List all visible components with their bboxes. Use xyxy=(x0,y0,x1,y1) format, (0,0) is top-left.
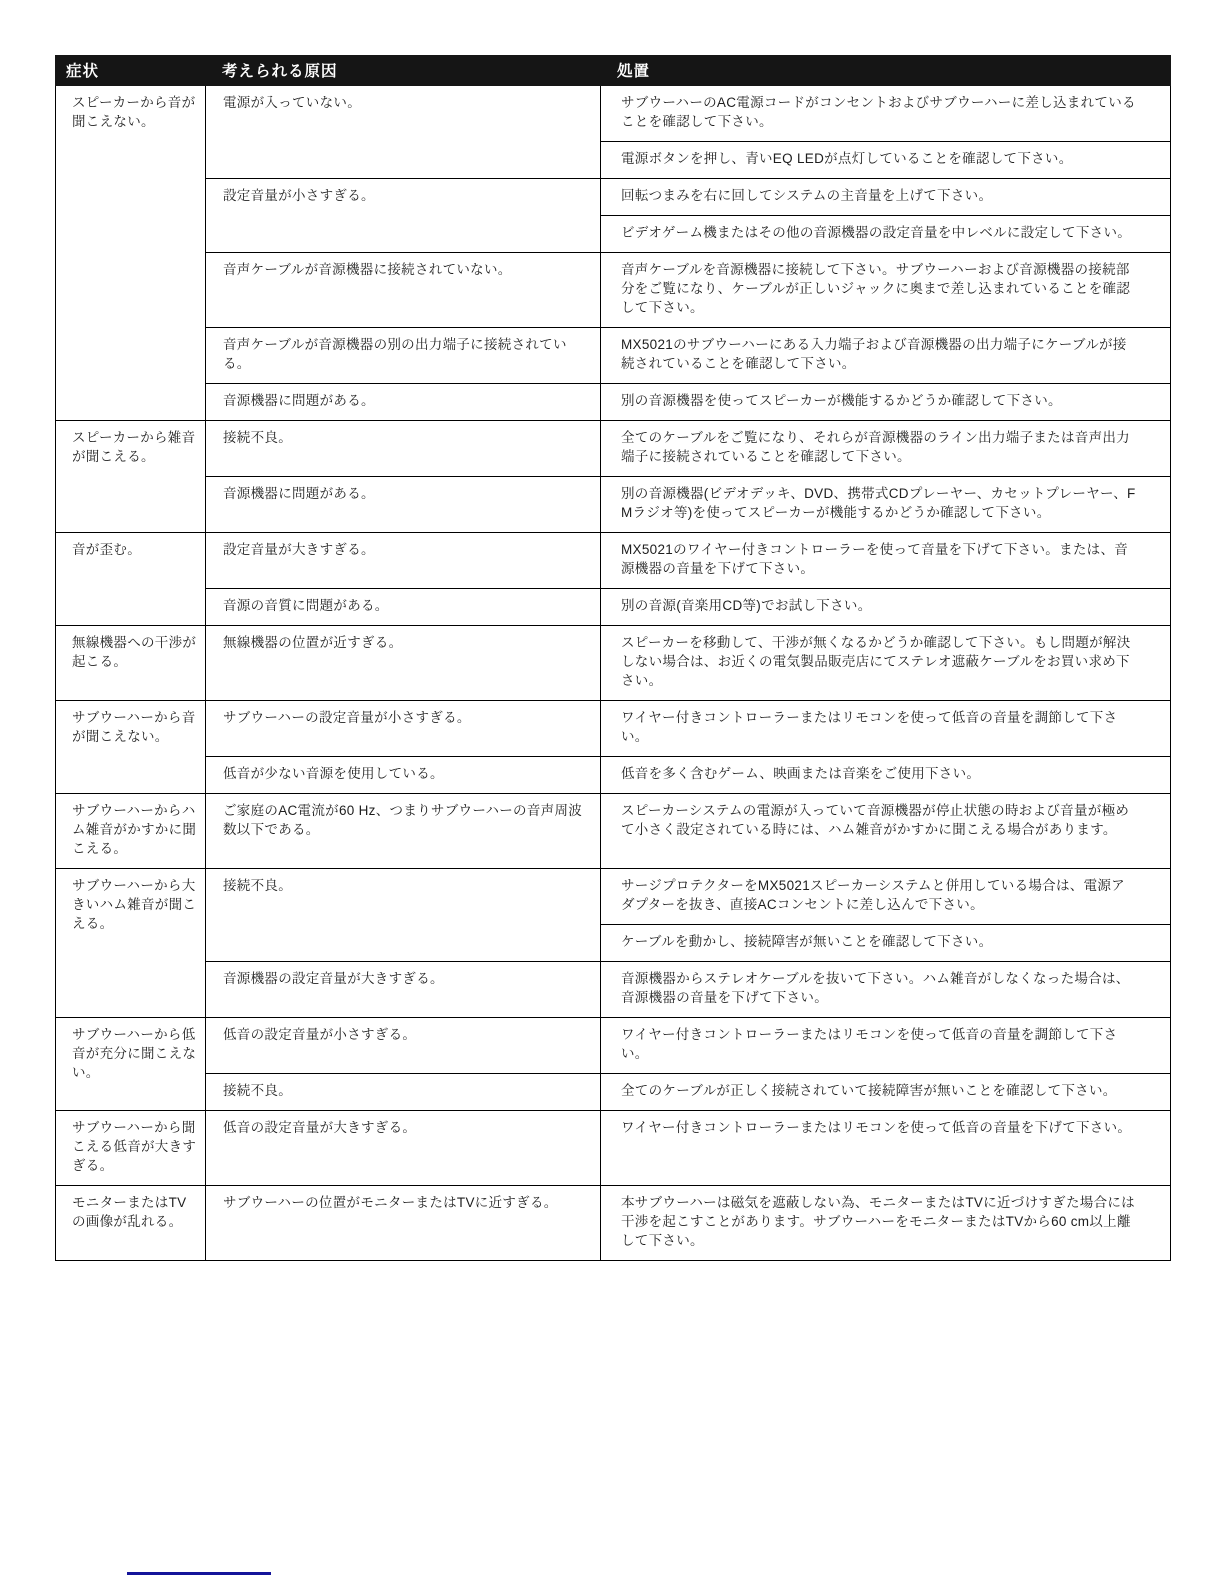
remedy-cell: 電源ボタンを押し、青いEQ LEDが点灯していることを確認して下さい。 xyxy=(601,142,1171,179)
symptom-cell: スピーカーから音が聞こえない。 xyxy=(56,86,206,421)
remedy-cell: 全てのケーブルが正しく接続されていて接続障害が無いことを確認して下さい。 xyxy=(601,1074,1171,1111)
cause-cell: 音声ケーブルが音源機器に接続されていない。 xyxy=(206,253,601,328)
manual-page: 症状 考えられる原因 処置 スピーカーから音が聞こえない。電源が入っていない。サ… xyxy=(0,0,1224,1584)
cause-cell: 低音の設定音量が小さすぎる。 xyxy=(206,1018,601,1074)
cause-cell: 接続不良。 xyxy=(206,869,601,962)
symptom-cell: サブウーハーからハム雑音がかすかに聞こえる。 xyxy=(56,794,206,869)
column-header-cause: 考えられる原因 xyxy=(206,56,601,86)
cause-cell: 無線機器の位置が近すぎる。 xyxy=(206,626,601,701)
remedy-cell: ケーブルを動かし、接続障害が無いことを確認して下さい。 xyxy=(601,925,1171,962)
cause-cell: 接続不良。 xyxy=(206,1074,601,1111)
cause-cell: 音源の音質に問題がある。 xyxy=(206,589,601,626)
table-row: モニターまたはTVの画像が乱れる。サブウーハーの位置がモニターまたはTVに近すぎ… xyxy=(56,1186,1171,1261)
table-row: 接続不良。全てのケーブルが正しく接続されていて接続障害が無いことを確認して下さい… xyxy=(56,1074,1171,1111)
table-row: 音源機器に問題がある。別の音源機器(ビデオデッキ、DVD、携帯式CDプレーヤー、… xyxy=(56,477,1171,533)
table-body: スピーカーから音が聞こえない。電源が入っていない。サブウーハーのAC電源コードが… xyxy=(56,86,1171,1261)
table-row: サブウーハーから聞こえる低音が大きすぎる。低音の設定音量が大きすぎる。ワイヤー付… xyxy=(56,1111,1171,1186)
table-row: 音声ケーブルが音源機器の別の出力端子に接続されている。MX5021のサブウーハー… xyxy=(56,328,1171,384)
table-row: 低音が少ない音源を使用している。低音を多く含むゲーム、映画または音楽をご使用下さ… xyxy=(56,757,1171,794)
remedy-cell: 全てのケーブルをご覧になり、それらが音源機器のライン出力端子または音声出力端子に… xyxy=(601,421,1171,477)
table-row: 音源機器の設定音量が大きすぎる。音源機器からステレオケーブルを抜いて下さい。ハム… xyxy=(56,962,1171,1018)
cause-cell: 低音の設定音量が大きすぎる。 xyxy=(206,1111,601,1186)
remedy-cell: スピーカーシステムの電源が入っていて音源機器が停止状態の時および音量が極めて小さ… xyxy=(601,794,1171,869)
remedy-cell: 別の音源機器(ビデオデッキ、DVD、携帯式CDプレーヤー、カセットプレーヤー、F… xyxy=(601,477,1171,533)
symptom-cell: 音が歪む。 xyxy=(56,533,206,626)
table-row: スピーカーから雑音が聞こえる。接続不良。全てのケーブルをご覧になり、それらが音源… xyxy=(56,421,1171,477)
troubleshooting-table: 症状 考えられる原因 処置 スピーカーから音が聞こえない。電源が入っていない。サ… xyxy=(55,55,1171,1261)
symptom-cell: スピーカーから雑音が聞こえる。 xyxy=(56,421,206,533)
remedy-cell: ワイヤー付きコントローラーまたはリモコンを使って低音の音量を調節して下さい。 xyxy=(601,701,1171,757)
symptom-cell: サブウーハーから大きいハム雑音が聞こえる。 xyxy=(56,869,206,1018)
remedy-cell: MX5021のサブウーハーにある入力端子および音源機器の出力端子にケーブルが接続… xyxy=(601,328,1171,384)
table-row: サブウーハーから大きいハム雑音が聞こえる。接続不良。サージプロテクターをMX50… xyxy=(56,869,1171,925)
remedy-cell: ワイヤー付きコントローラーまたはリモコンを使って低音の音量を下げて下さい。 xyxy=(601,1111,1171,1186)
remedy-cell: サージプロテクターをMX5021スピーカーシステムと併用している場合は、電源アダ… xyxy=(601,869,1171,925)
table-row: 音源機器に問題がある。別の音源機器を使ってスピーカーが機能するかどうか確認して下… xyxy=(56,384,1171,421)
remedy-cell: 別の音源機器を使ってスピーカーが機能するかどうか確認して下さい。 xyxy=(601,384,1171,421)
table-row: サブウーハーから低音が充分に聞こえない。低音の設定音量が小さすぎる。ワイヤー付き… xyxy=(56,1018,1171,1074)
footer-rule xyxy=(127,1572,271,1575)
cause-cell: 音声ケーブルが音源機器の別の出力端子に接続されている。 xyxy=(206,328,601,384)
symptom-cell: サブウーハーから音が聞こえない。 xyxy=(56,701,206,794)
table-header-row: 症状 考えられる原因 処置 xyxy=(56,56,1171,86)
table-row: サブウーハーから音が聞こえない。サブウーハーの設定音量が小さすぎる。ワイヤー付き… xyxy=(56,701,1171,757)
remedy-cell: 本サブウーハーは磁気を遮蔽しない為、モニターまたはTVに近づけすぎた場合には干渉… xyxy=(601,1186,1171,1261)
cause-cell: 設定音量が大きすぎる。 xyxy=(206,533,601,589)
table-row: 無線機器への干渉が起こる。無線機器の位置が近すぎる。スピーカーを移動して、干渉が… xyxy=(56,626,1171,701)
remedy-cell: 別の音源(音楽用CD等)でお試し下さい。 xyxy=(601,589,1171,626)
cause-cell: 電源が入っていない。 xyxy=(206,86,601,179)
remedy-cell: サブウーハーのAC電源コードがコンセントおよびサブウーハーに差し込まれていること… xyxy=(601,86,1171,142)
remedy-cell: 回転つまみを右に回してシステムの主音量を上げて下さい。 xyxy=(601,179,1171,216)
cause-cell: サブウーハーの位置がモニターまたはTVに近すぎる。 xyxy=(206,1186,601,1261)
cause-cell: 設定音量が小さすぎる。 xyxy=(206,179,601,253)
cause-cell: ご家庭のAC電流が60 Hz、つまりサブウーハーの音声周波数以下である。 xyxy=(206,794,601,869)
remedy-cell: スピーカーを移動して、干渉が無くなるかどうか確認して下さい。もし問題が解決しない… xyxy=(601,626,1171,701)
remedy-cell: ワイヤー付きコントローラーまたはリモコンを使って低音の音量を調節して下さい。 xyxy=(601,1018,1171,1074)
symptom-cell: サブウーハーから低音が充分に聞こえない。 xyxy=(56,1018,206,1111)
cause-cell: 接続不良。 xyxy=(206,421,601,477)
symptom-cell: 無線機器への干渉が起こる。 xyxy=(56,626,206,701)
table-row: スピーカーから音が聞こえない。電源が入っていない。サブウーハーのAC電源コードが… xyxy=(56,86,1171,142)
table-row: 設定音量が小さすぎる。回転つまみを右に回してシステムの主音量を上げて下さい。 xyxy=(56,179,1171,216)
cause-cell: 低音が少ない音源を使用している。 xyxy=(206,757,601,794)
symptom-cell: モニターまたはTVの画像が乱れる。 xyxy=(56,1186,206,1261)
remedy-cell: MX5021のワイヤー付きコントローラーを使って音量を下げて下さい。または、音源… xyxy=(601,533,1171,589)
cause-cell: 音源機器の設定音量が大きすぎる。 xyxy=(206,962,601,1018)
column-header-symptom: 症状 xyxy=(56,56,206,86)
symptom-cell: サブウーハーから聞こえる低音が大きすぎる。 xyxy=(56,1111,206,1186)
column-header-remedy: 処置 xyxy=(601,56,1171,86)
remedy-cell: ビデオゲーム機またはその他の音源機器の設定音量を中レベルに設定して下さい。 xyxy=(601,216,1171,253)
table-row: 音が歪む。設定音量が大きすぎる。MX5021のワイヤー付きコントローラーを使って… xyxy=(56,533,1171,589)
remedy-cell: 音源機器からステレオケーブルを抜いて下さい。ハム雑音がしなくなった場合は、音源機… xyxy=(601,962,1171,1018)
remedy-cell: 低音を多く含むゲーム、映画または音楽をご使用下さい。 xyxy=(601,757,1171,794)
remedy-cell: 音声ケーブルを音源機器に接続して下さい。サブウーハーおよび音源機器の接続部分をご… xyxy=(601,253,1171,328)
table-row: 音源の音質に問題がある。別の音源(音楽用CD等)でお試し下さい。 xyxy=(56,589,1171,626)
cause-cell: 音源機器に問題がある。 xyxy=(206,384,601,421)
cause-cell: 音源機器に問題がある。 xyxy=(206,477,601,533)
table-row: 音声ケーブルが音源機器に接続されていない。音声ケーブルを音源機器に接続して下さい… xyxy=(56,253,1171,328)
cause-cell: サブウーハーの設定音量が小さすぎる。 xyxy=(206,701,601,757)
table-row: サブウーハーからハム雑音がかすかに聞こえる。ご家庭のAC電流が60 Hz、つまり… xyxy=(56,794,1171,869)
